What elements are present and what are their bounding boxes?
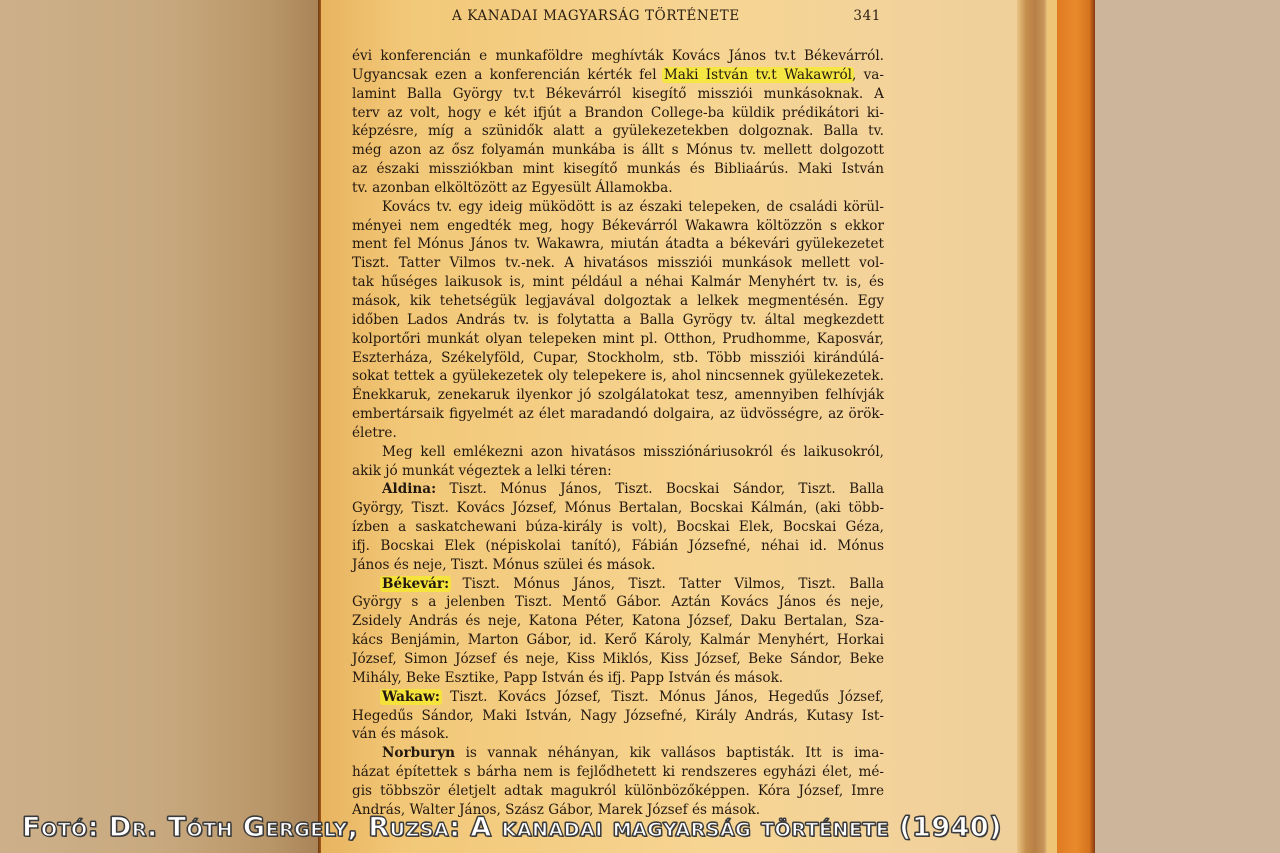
text-line: házat építettek s bárha nem is fejlődhet…: [352, 763, 884, 782]
page-edge-shadow: [1017, 0, 1047, 853]
book-cover-edge: [1057, 0, 1095, 853]
text-line: János és neje, Tiszt. Mónus szülei és má…: [352, 556, 884, 575]
text-line: képzésre, míg a szünidők alatt a gyüleke…: [352, 122, 884, 141]
line-text: gis többször életjelt adtak magukról kül…: [352, 783, 884, 799]
line-text: Kovács tv. egy ideig müködött is az észa…: [382, 199, 884, 215]
line-text: Tiszt. Mónus János, Tiszt. Tatter Vilmos…: [449, 576, 884, 592]
line-text: Tiszt. Mónus János, Tiszt. Bocskai Sándo…: [436, 481, 884, 497]
text-line: Norburyn is vannak néhányan, kik valláso…: [352, 744, 884, 763]
line-text: az északi missziókban mint kisegítő munk…: [352, 161, 884, 177]
text-line: terv az volt, hogy e két ifjút a Brandon…: [352, 104, 884, 123]
text-line: József, Simon József és neje, Kiss Mikló…: [352, 650, 884, 669]
text-line: Énekkaruk, zenekaruk ilyenkor jó szolgál…: [352, 386, 884, 405]
line-text: képzésre, míg a szünidők alatt a gyüleke…: [352, 123, 884, 139]
line-text: György s a jelenben Tiszt. Mentő Gábor. …: [352, 594, 884, 610]
photo-caption: Fotó: Dr. Tóth Gergely, Ruzsa: A kanadai…: [22, 812, 1262, 852]
line-text: Meg kell emlékezni azon hivatásos misszi…: [382, 444, 884, 460]
text-line: akik jó munkát végeztek a lelki téren:: [352, 462, 884, 481]
line-text: Ugyancsak ezen a konferencián kérték fel: [352, 67, 664, 83]
line-text: ményei nem engedték meg, hogy Békevárról…: [352, 218, 884, 234]
line-text: Énekkaruk, zenekaruk ilyenkor jó szolgál…: [352, 387, 884, 403]
text-line: Tiszt. Tatter Vilmos tv.-nek. A hivatáso…: [352, 254, 884, 273]
text-line: György, Tiszt. Kovács József, Mónus Bert…: [352, 499, 884, 518]
text-line: még azon az ősz folyamán munkába is állt…: [352, 141, 884, 160]
text-line: Kovács tv. egy ideig müködött is az észa…: [352, 198, 884, 217]
place-name: Norburyn: [382, 745, 455, 761]
text-line: időben Lados András tv. is folytatta a B…: [352, 311, 884, 330]
text-line: ízben a saskatchewani búza-király is vol…: [352, 518, 884, 537]
highlighted-place-name: Wakaw:: [380, 689, 442, 705]
text-line: tak hűséges laikusok is, mint például a …: [352, 273, 884, 292]
text-line: lamint Balla György tv.t Békevárról kise…: [352, 85, 884, 104]
line-text: ízben a saskatchewani búza-király is vol…: [352, 519, 884, 535]
line-text: ifj. Bocskai Elek (népiskolai tanító), F…: [352, 538, 884, 554]
highlighted-place-name: Békevár:: [380, 576, 451, 592]
line-text: kolportőri munkát olyan telepeken mint p…: [352, 331, 884, 347]
text-line: Békevár: Tiszt. Mónus János, Tiszt. Tatt…: [352, 575, 884, 594]
line-text: György, Tiszt. Kovács József, Mónus Bert…: [352, 500, 884, 516]
text-line: ifj. Bocskai Elek (népiskolai tanító), F…: [352, 537, 884, 556]
line-text: János és neje, Tiszt. Mónus szülei és má…: [352, 557, 655, 573]
line-text: embertársaik figyelmét az élet maradandó…: [352, 406, 884, 422]
text-line: embertársaik figyelmét az élet maradandó…: [352, 405, 884, 424]
line-text: tak hűséges laikusok is, mint például a …: [352, 274, 884, 290]
running-title: A KANADAI MAGYARSÁG TÖRTÉNETE: [452, 8, 740, 24]
highlighted-text: Maki István tv.t Wakawról: [662, 67, 854, 83]
left-page-background: [0, 0, 318, 853]
line-text: Zsidely András és neje, Katona Péter, Ka…: [352, 613, 884, 629]
text-line: kolportőri munkát olyan telepeken mint p…: [352, 330, 884, 349]
line-text: Tiszt. Kovács József, Tiszt. Mónus János…: [440, 689, 884, 705]
line-text: terv az volt, hogy e két ifjút a Brandon…: [352, 105, 884, 121]
text-line: ményei nem engedték meg, hogy Békevárról…: [352, 217, 884, 236]
line-text: házat építettek s bárha nem is fejlődhet…: [352, 764, 884, 780]
table-surface: [1095, 0, 1280, 853]
text-line: tv. azonban elköltözött az Egyesült Álla…: [352, 179, 884, 198]
line-text: kács Benjámin, Marton Gábor, id. Kerő Ká…: [352, 632, 884, 648]
text-line: Ugyancsak ezen a konferencián kérték fel…: [352, 66, 884, 85]
line-text: időben Lados András tv. is folytatta a B…: [352, 312, 884, 328]
line-text: Eszterháza, Székelyföld, Cupar, Stockhol…: [352, 350, 884, 366]
line-text: ment fel Mónus János tv. Wakawra, miután…: [352, 236, 884, 252]
text-line: mások, kik tehetségük legjavával dolgozt…: [352, 292, 884, 311]
text-line: ván és mások.: [352, 725, 884, 744]
body-text: évi konferencián e munkaföldre meghívták…: [352, 47, 884, 820]
text-line: sokat tettek a gyülekezetek oly telepeke…: [352, 367, 884, 386]
line-text: lamint Balla György tv.t Békevárról kise…: [352, 86, 884, 102]
line-text: évi konferencián e munkaföldre meghívták…: [352, 48, 884, 64]
line-text: is vannak néhányan, kik vallásos baptist…: [455, 745, 884, 761]
line-text: mások, kik tehetségük legjavával dolgozt…: [352, 293, 884, 309]
text-line: György s a jelenben Tiszt. Mentő Gábor. …: [352, 593, 884, 612]
text-line: az északi missziókban mint kisegítő munk…: [352, 160, 884, 179]
line-text: még azon az ősz folyamán munkába is állt…: [352, 142, 884, 158]
text-line: életre.: [352, 424, 884, 443]
line-text: Mihály, Beke Esztike, Papp István és ifj…: [352, 670, 783, 686]
line-text: ván és mások.: [352, 726, 449, 742]
text-line: gis többször életjelt adtak magukról kül…: [352, 782, 884, 801]
line-text: életre.: [352, 425, 397, 441]
line-text: tv. azonban elköltözött az Egyesült Álla…: [352, 180, 673, 196]
text-line: Zsidely András és neje, Katona Péter, Ka…: [352, 612, 884, 631]
page-edge-light: [1047, 0, 1057, 853]
line-text: Tiszt. Tatter Vilmos tv.-nek. A hivatáso…: [352, 255, 884, 271]
text-line: ment fel Mónus János tv. Wakawra, miután…: [352, 235, 884, 254]
running-header: A KANADAI MAGYARSÁG TÖRTÉNETE 341: [340, 8, 885, 28]
place-name: Aldina:: [382, 481, 436, 497]
text-line: Aldina: Tiszt. Mónus János, Tiszt. Bocsk…: [352, 480, 884, 499]
line-text: József, Simon József és neje, Kiss Mikló…: [352, 651, 884, 667]
text-line: kács Benjámin, Marton Gábor, id. Kerő Ká…: [352, 631, 884, 650]
line-text: sokat tettek a gyülekezetek oly telepeke…: [352, 368, 884, 384]
line-text: akik jó munkát végeztek a lelki téren:: [352, 463, 612, 479]
line-text: , va-: [852, 67, 884, 83]
line-text: Hegedűs Sándor, Maki István, Nagy József…: [352, 708, 884, 724]
text-line: Wakaw: Tiszt. Kovács József, Tiszt. Mónu…: [352, 688, 884, 707]
text-line: Hegedűs Sándor, Maki István, Nagy József…: [352, 707, 884, 726]
page-number: 341: [853, 8, 881, 24]
text-line: Eszterháza, Székelyföld, Cupar, Stockhol…: [352, 349, 884, 368]
text-line: Mihály, Beke Esztike, Papp István és ifj…: [352, 669, 884, 688]
text-line: Meg kell emlékezni azon hivatásos misszi…: [352, 443, 884, 462]
text-line: évi konferencián e munkaföldre meghívták…: [352, 47, 884, 66]
